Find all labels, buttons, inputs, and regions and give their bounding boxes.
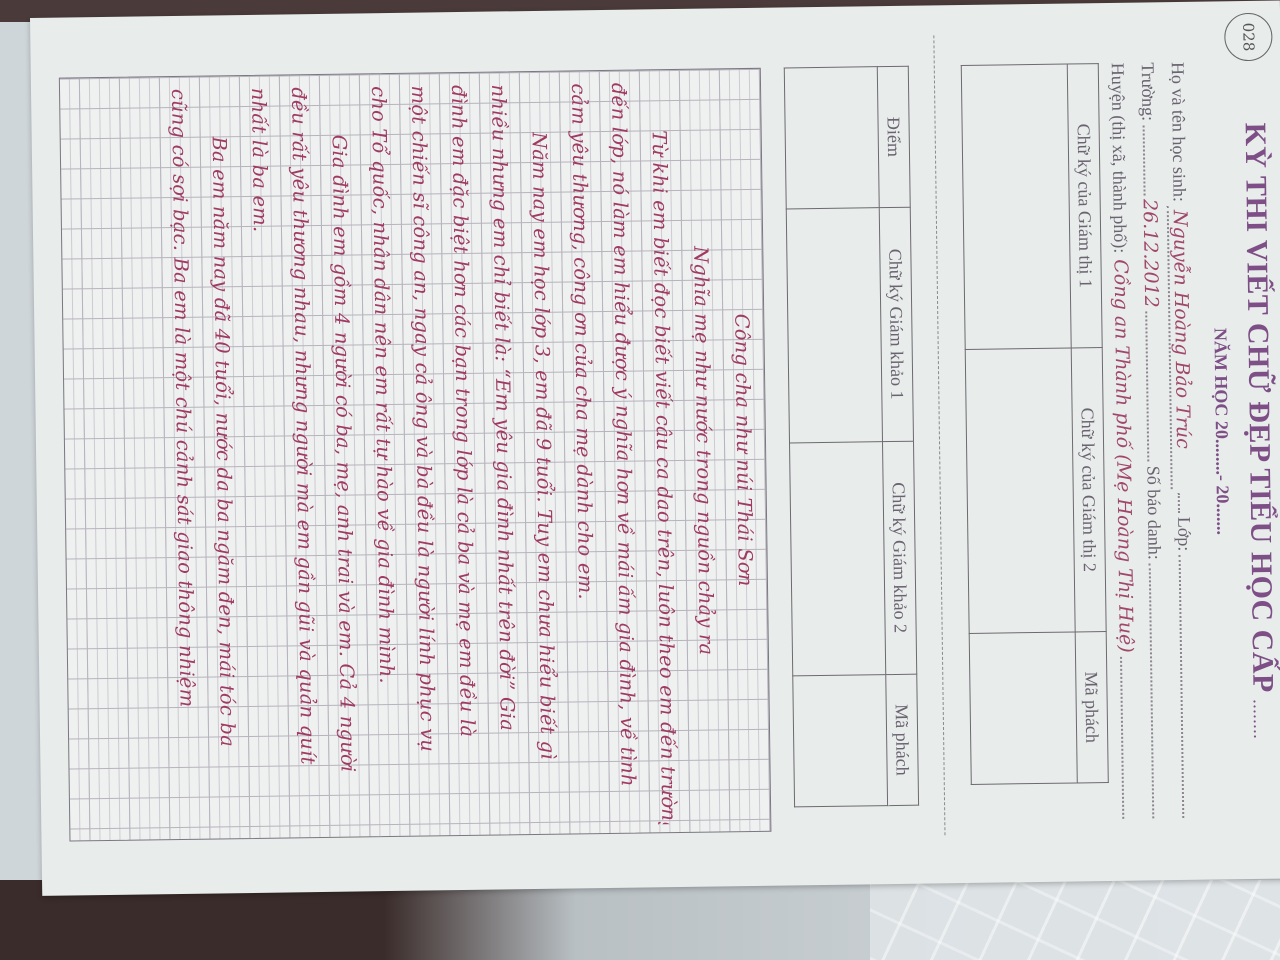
school-row: Trường: 26.12.2012 Số báo danh: (1137, 62, 1170, 822)
proctor2-signature-cell[interactable] (965, 348, 1075, 633)
code-header: Mã phách (1075, 632, 1108, 783)
grader1-signature-cell[interactable] (786, 208, 882, 443)
writing-grid: Công cha như núi Thái SơnNghĩa mẹ như nư… (59, 68, 772, 842)
grader-table: Điểm Chữ ký Giám khảo 1 Chữ ký Giám khảo… (784, 66, 919, 808)
proctor2-header: Chữ ký của Giám thị 2 (1071, 348, 1106, 632)
cut-line (933, 35, 945, 835)
proctor-signature-table: Chữ ký của Giám thị 1 Chữ ký của Giám th… (961, 63, 1109, 785)
class-label: Lớp: (1173, 517, 1194, 552)
code-cell[interactable] (793, 675, 888, 807)
grader2-header: Chữ ký Giám khảo 2 (882, 441, 916, 675)
plastic-sleeve (870, 880, 1280, 960)
proctor1-signature-cell[interactable] (961, 64, 1071, 349)
dotted-fill (1120, 657, 1136, 819)
district-row: Huyện (thị xã, thành phố): Cồng an Thành… (1107, 63, 1140, 823)
school-year: NĂM HỌC 20........- 20....... (1205, 1, 1238, 861)
dotted-fill (1143, 125, 1158, 195)
grader1-header: Chữ ký Giám khảo 1 (879, 207, 913, 441)
code-cell[interactable] (969, 632, 1077, 784)
district-label: Huyện (thị xã, thành phố): (1107, 63, 1131, 254)
school-label: Trường: (1137, 62, 1159, 121)
dotted-fill (1145, 312, 1161, 462)
proctor1-header: Chữ ký của Giám thị 1 (1067, 64, 1102, 348)
candidate-no-field[interactable] (1149, 564, 1167, 819)
class-field[interactable] (1179, 555, 1197, 818)
exam-title-text: KỲ THI VIẾT CHỮ ĐẸP TIỂU HỌC CẤP (1239, 122, 1280, 691)
grader2-signature-cell[interactable] (790, 441, 886, 676)
student-name-value[interactable]: Nguyễn Hoàng Bảo Trúc (1167, 206, 1195, 489)
exam-paper: 028 KỲ THI VIẾT CHỮ ĐẸP TIỂU HỌC CẤP ...… (30, 1, 1280, 896)
dotted-fill (1178, 493, 1192, 513)
district-value[interactable]: Cồng an Thành phố (Mẹ Hoàng Thị Huệ) (1109, 259, 1136, 653)
student-name-label: Họ và tên học sinh: (1167, 62, 1190, 202)
school-value[interactable]: 26.12.2012 (1139, 199, 1163, 308)
score-cell[interactable] (784, 67, 879, 209)
student-name-row: Họ và tên học sinh: Nguyễn Hoàng Bảo Trú… (1165, 62, 1200, 822)
exam-page: 028 KỲ THI VIẾT CHỮ ĐẸP TIỂU HỌC CẤP ...… (40, 1, 1280, 878)
exam-title-dots: ........ (1250, 699, 1271, 739)
code-header: Mã phách (886, 674, 919, 805)
exam-title: KỲ THI VIẾT CHỮ ĐẸP TIỂU HỌC CẤP .......… (1236, 1, 1280, 861)
candidate-no-label: Số báo danh: (1142, 466, 1164, 560)
score-header: Điểm (877, 66, 910, 207)
